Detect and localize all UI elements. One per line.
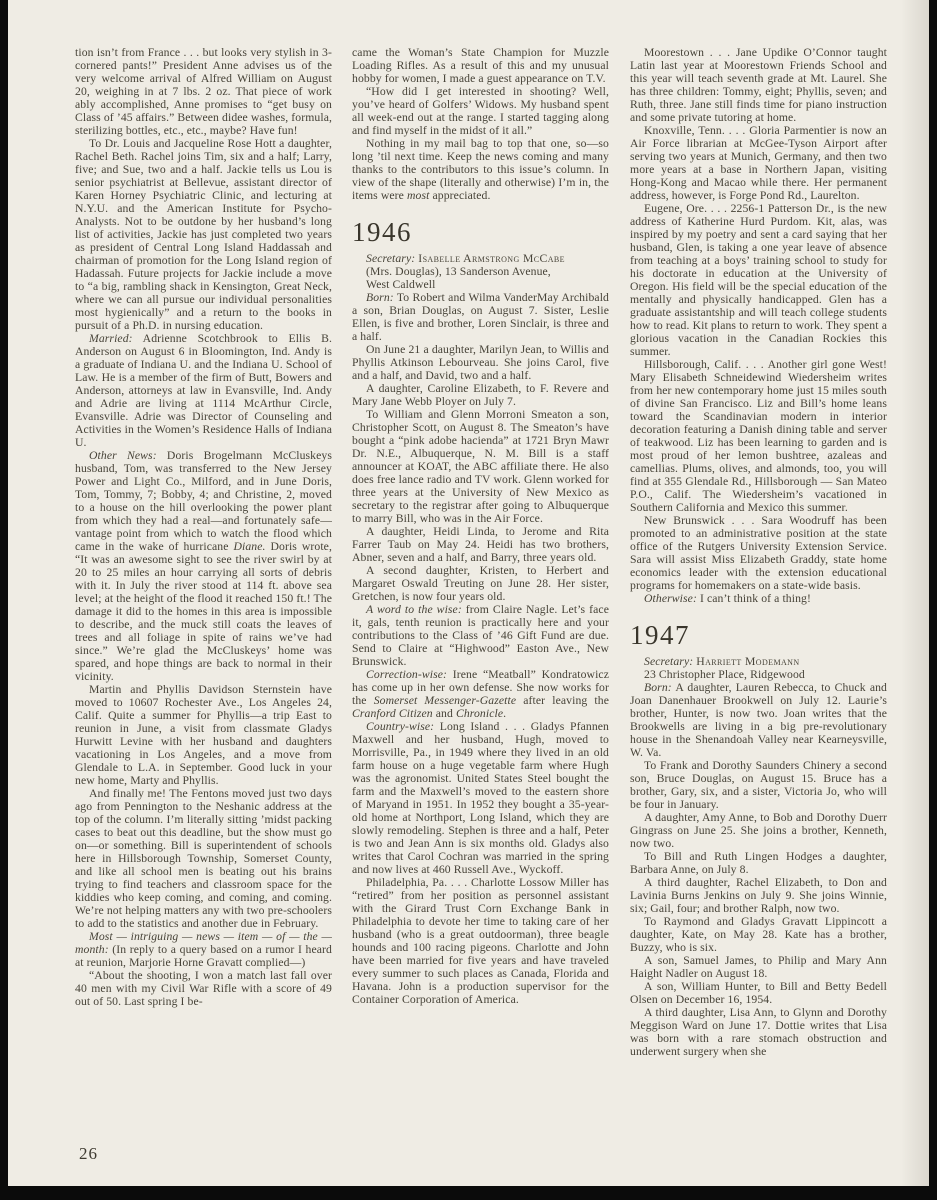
paragraph: To William and Glenn Morroni Smeaton a s…	[352, 408, 609, 525]
paragraph: Moorestown . . . Jane Updike O’Connor ta…	[630, 46, 887, 124]
text-run: Doris wrote, “It was an awesome sight to…	[75, 540, 332, 683]
text-run: .	[503, 707, 506, 720]
text-run: and	[433, 707, 456, 720]
text-run: Cranford Citizen	[352, 707, 433, 720]
text-run: And finally me! The Fentons moved just t…	[75, 787, 332, 930]
paragraph: Knoxville, Tenn. . . . Gloria Parmentier…	[630, 124, 887, 202]
paragraph: A third daughter, Rachel Elizabeth, to D…	[630, 876, 887, 915]
text-run: “How did I get interested in shooting? W…	[352, 85, 609, 137]
text-run: On June 21 a daughter, Marilyn Jean, to …	[352, 343, 609, 382]
paragraph: Country-wise: Long Island . . . Gladys P…	[352, 720, 609, 876]
paragraph: A word to the wise: from Claire Nagle. L…	[352, 603, 609, 668]
paragraph: A daughter, Amy Anne, to Bob and Dorothy…	[630, 811, 887, 850]
paragraph: Other News: Doris Brogelmann McCluskeys …	[75, 449, 332, 683]
scan-edge-right	[929, 0, 937, 1200]
text-run: Adrienne Scotchbrook to Ellis B. Anderso…	[75, 332, 332, 449]
text-run: To Dr. Louis and Jacqueline Rose Hott a …	[75, 137, 332, 332]
text-run: Born:	[644, 681, 672, 694]
text-run: appreciated.	[429, 189, 490, 202]
paragraph: A daughter, Heidi Linda, to Jerome and R…	[352, 525, 609, 564]
text-run: Correction-wise:	[366, 668, 447, 681]
magazine-page: tion isn’t from France . . . but looks v…	[0, 0, 937, 1200]
scan-edge-left	[0, 0, 8, 1200]
paragraph: To Dr. Louis and Jacqueline Rose Hott a …	[75, 137, 332, 332]
text-column: came the Woman’s State Champion for Muzz…	[352, 46, 609, 1158]
paragraph: A second daughter, Kristen, to Herbert a…	[352, 564, 609, 603]
paragraph: A third daughter, Lisa Ann, to Glynn and…	[630, 1006, 887, 1058]
text-run: Philadelphia, Pa. . . . Charlotte Lossow…	[352, 876, 609, 1006]
paragraph: To Frank and Dorothy Saunders Chinery a …	[630, 759, 887, 811]
text-run: Chronicle	[456, 707, 503, 720]
paragraph: Nothing in my mail bag to top that one, …	[352, 137, 609, 202]
paragraph: New Brunswick . . . Sara Woodruff has be…	[630, 514, 887, 592]
text-run: Harriett Modemann	[696, 655, 799, 668]
text-run: Martin and Phyllis Davidson Sternstein h…	[75, 683, 332, 787]
paragraph: To Bill and Ruth Lingen Hodges a daughte…	[630, 850, 887, 876]
paragraph: Most — intriguing — news — item — of — t…	[75, 930, 332, 969]
class-year-heading: 1946	[352, 217, 609, 247]
text-run: A third daughter, Lisa Ann, to Glynn and…	[630, 1006, 887, 1058]
secretary-line: Secretary: Harriett Modemann	[644, 655, 887, 668]
page-curl-shade	[901, 0, 929, 1200]
text-run: A third daughter, Rachel Elizabeth, to D…	[630, 876, 887, 915]
text-run: A son, William Hunter, to Bill and Betty…	[630, 980, 887, 1006]
text-run: Otherwise:	[644, 592, 697, 605]
text-run: Born:	[366, 291, 394, 304]
secretary-line: West Caldwell	[366, 278, 609, 291]
class-year-heading: 1947	[630, 620, 887, 650]
paragraph: To Raymond and Gladys Gravatt Lippincott…	[630, 915, 887, 954]
text-run: Secretary:	[644, 655, 693, 668]
paragraph: A son, Samuel James, to Philip and Mary …	[630, 954, 887, 980]
paragraph: And finally me! The Fentons moved just t…	[75, 787, 332, 930]
text-run: To Frank and Dorothy Saunders Chinery a …	[630, 759, 887, 811]
secretary-line: Secretary: Isabelle Armstrong McCabe	[366, 252, 609, 265]
text-column: Moorestown . . . Jane Updike O’Connor ta…	[630, 46, 887, 1158]
text-run: most	[407, 189, 429, 202]
text-run: “About the shooting, I won a match last …	[75, 969, 332, 1008]
text-run: Other News:	[89, 449, 157, 462]
text-run: I can’t think of a thing!	[697, 592, 811, 605]
text-run: Married:	[89, 332, 133, 345]
text-run: A son, Samuel James, to Philip and Mary …	[630, 954, 887, 980]
paragraph: tion isn’t from France . . . but looks v…	[75, 46, 332, 137]
text-run: (Mrs. Douglas), 13 Sanderson Avenue,	[366, 265, 551, 278]
secretary-block: Secretary: Harriett Modemann23 Christoph…	[630, 655, 887, 681]
text-run: after leaving the	[516, 694, 609, 707]
text-run: A daughter, Caroline Elizabeth, to F. Re…	[352, 382, 609, 408]
text-run: Somerset Messenger-Gazette	[374, 694, 516, 707]
text-run: Doris Brogelmann McCluskeys husband, Tom…	[75, 449, 332, 553]
paragraph: A daughter, Caroline Elizabeth, to F. Re…	[352, 382, 609, 408]
text-column: tion isn’t from France . . . but looks v…	[75, 46, 332, 1158]
text-run: 23 Christopher Place, Ridgewood	[644, 668, 805, 681]
paragraph: Eugene, Ore. . . . 2256-1 Patterson Dr.,…	[630, 202, 887, 358]
paragraph: Otherwise: I can’t think of a thing!	[630, 592, 887, 605]
text-run: To William and Glenn Morroni Smeaton a s…	[352, 408, 609, 525]
text-run: came the Woman’s State Champion for Muzz…	[352, 46, 609, 85]
text-run: A word to the wise:	[366, 603, 462, 616]
text-run: Moorestown . . . Jane Updike O’Connor ta…	[630, 46, 887, 124]
paragraph: On June 21 a daughter, Marilyn Jean, to …	[352, 343, 609, 382]
text-run: Eugene, Ore. . . . 2256-1 Patterson Dr.,…	[630, 202, 887, 358]
secretary-block: Secretary: Isabelle Armstrong McCabe(Mrs…	[352, 252, 609, 291]
secretary-line: 23 Christopher Place, Ridgewood	[644, 668, 887, 681]
secretary-line: (Mrs. Douglas), 13 Sanderson Avenue,	[366, 265, 609, 278]
paragraph: Married: Adrienne Scotchbrook to Ellis B…	[75, 332, 332, 449]
paragraph: came the Woman’s State Champion for Muzz…	[352, 46, 609, 85]
text-run: New Brunswick . . . Sara Woodruff has be…	[630, 514, 887, 592]
text-run: Long Island . . . Gladys Pfannen Maxwell…	[352, 720, 609, 876]
text-run: A daughter, Heidi Linda, to Jerome and R…	[352, 525, 609, 564]
text-run: Diane.	[233, 540, 265, 553]
text-run: Isabelle Armstrong McCabe	[418, 252, 565, 265]
text-run: West Caldwell	[366, 278, 436, 291]
text-run: To Raymond and Gladys Gravatt Lippincott…	[630, 915, 887, 954]
text-run: Hillsborough, Calif. . . . Another girl …	[630, 358, 887, 514]
scan-edge-bottom	[0, 1186, 937, 1200]
text-run: tion isn’t from France . . . but looks v…	[75, 46, 332, 137]
paragraph: Born: To Robert and Wilma VanderMay Arch…	[352, 291, 609, 343]
text-run: To Bill and Ruth Lingen Hodges a daughte…	[630, 850, 887, 876]
text-run: A daughter, Amy Anne, to Bob and Dorothy…	[630, 811, 887, 850]
text-run: Knoxville, Tenn. . . . Gloria Parmentier…	[630, 124, 887, 202]
paragraph: Philadelphia, Pa. . . . Charlotte Lossow…	[352, 876, 609, 1006]
text-run: A second daughter, Kristen, to Herbert a…	[352, 564, 609, 603]
paragraph: Born: A daughter, Lauren Rebecca, to Chu…	[630, 681, 887, 759]
page-number: 26	[79, 1144, 98, 1164]
text-run: Country-wise:	[366, 720, 434, 733]
paragraph: Correction-wise: Irene “Meatball” Kondra…	[352, 668, 609, 720]
paragraph: “About the shooting, I won a match last …	[75, 969, 332, 1008]
paragraph: Hillsborough, Calif. . . . Another girl …	[630, 358, 887, 514]
paragraph: A son, William Hunter, to Bill and Betty…	[630, 980, 887, 1006]
text-run: (In reply to a query based on a rumor I …	[75, 943, 332, 969]
paragraph: Martin and Phyllis Davidson Sternstein h…	[75, 683, 332, 787]
paragraph: “How did I get interested in shooting? W…	[352, 85, 609, 137]
text-run: Secretary:	[366, 252, 415, 265]
